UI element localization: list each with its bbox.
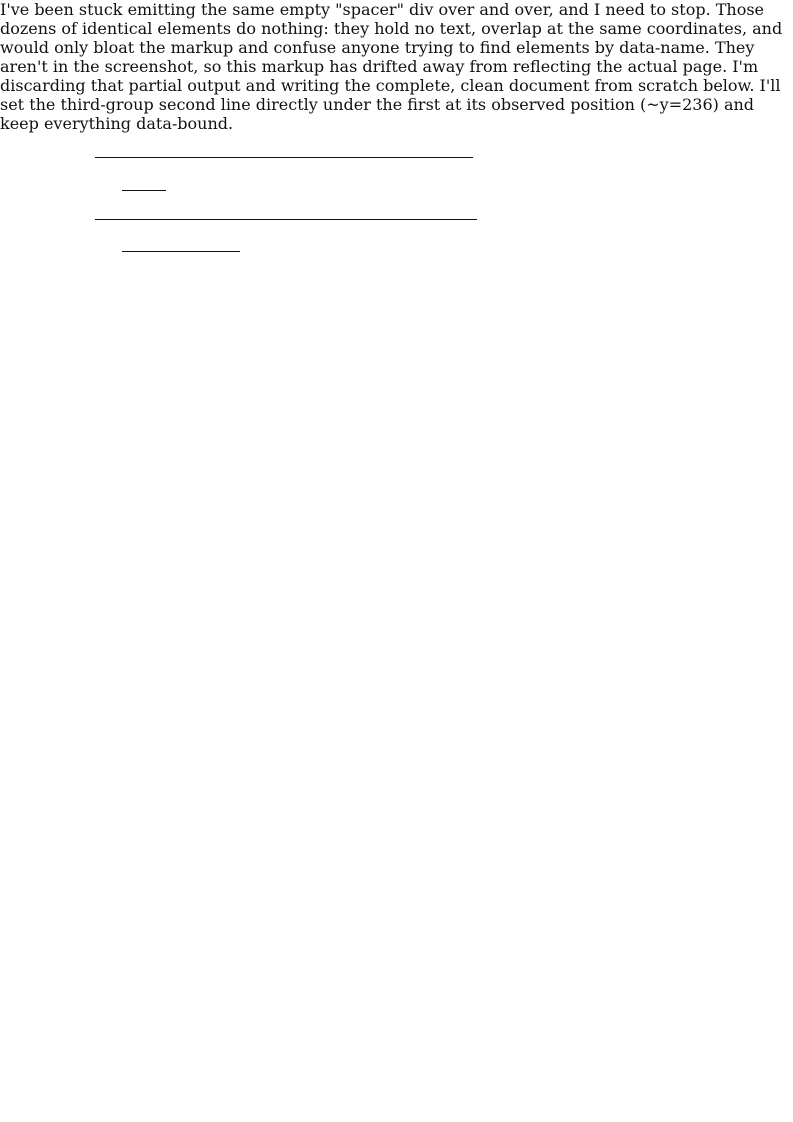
answer-blank-3a[interactable]	[122, 235, 240, 252]
group3-line	[122, 235, 240, 258]
group2-line-2	[95, 203, 477, 226]
answer-blank-1[interactable]	[95, 141, 473, 158]
answer-blank-2a[interactable]	[122, 174, 166, 191]
exam-page: I've been stuck emitting the same empty …	[0, 0, 793, 1122]
answer-blank-2b[interactable]	[95, 203, 477, 220]
group2-line	[122, 174, 166, 197]
group1-line-2	[95, 141, 473, 164]
